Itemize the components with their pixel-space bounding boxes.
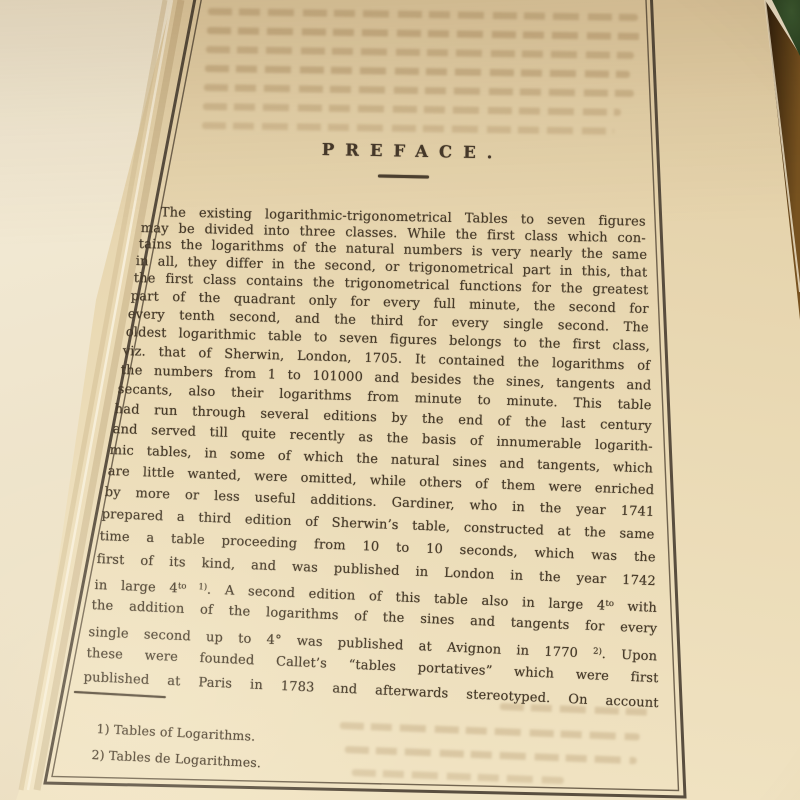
book-page-photo: PREFACE. The existing logarithmic-trigon… (0, 0, 800, 800)
page-title: PREFACE. (322, 140, 504, 162)
